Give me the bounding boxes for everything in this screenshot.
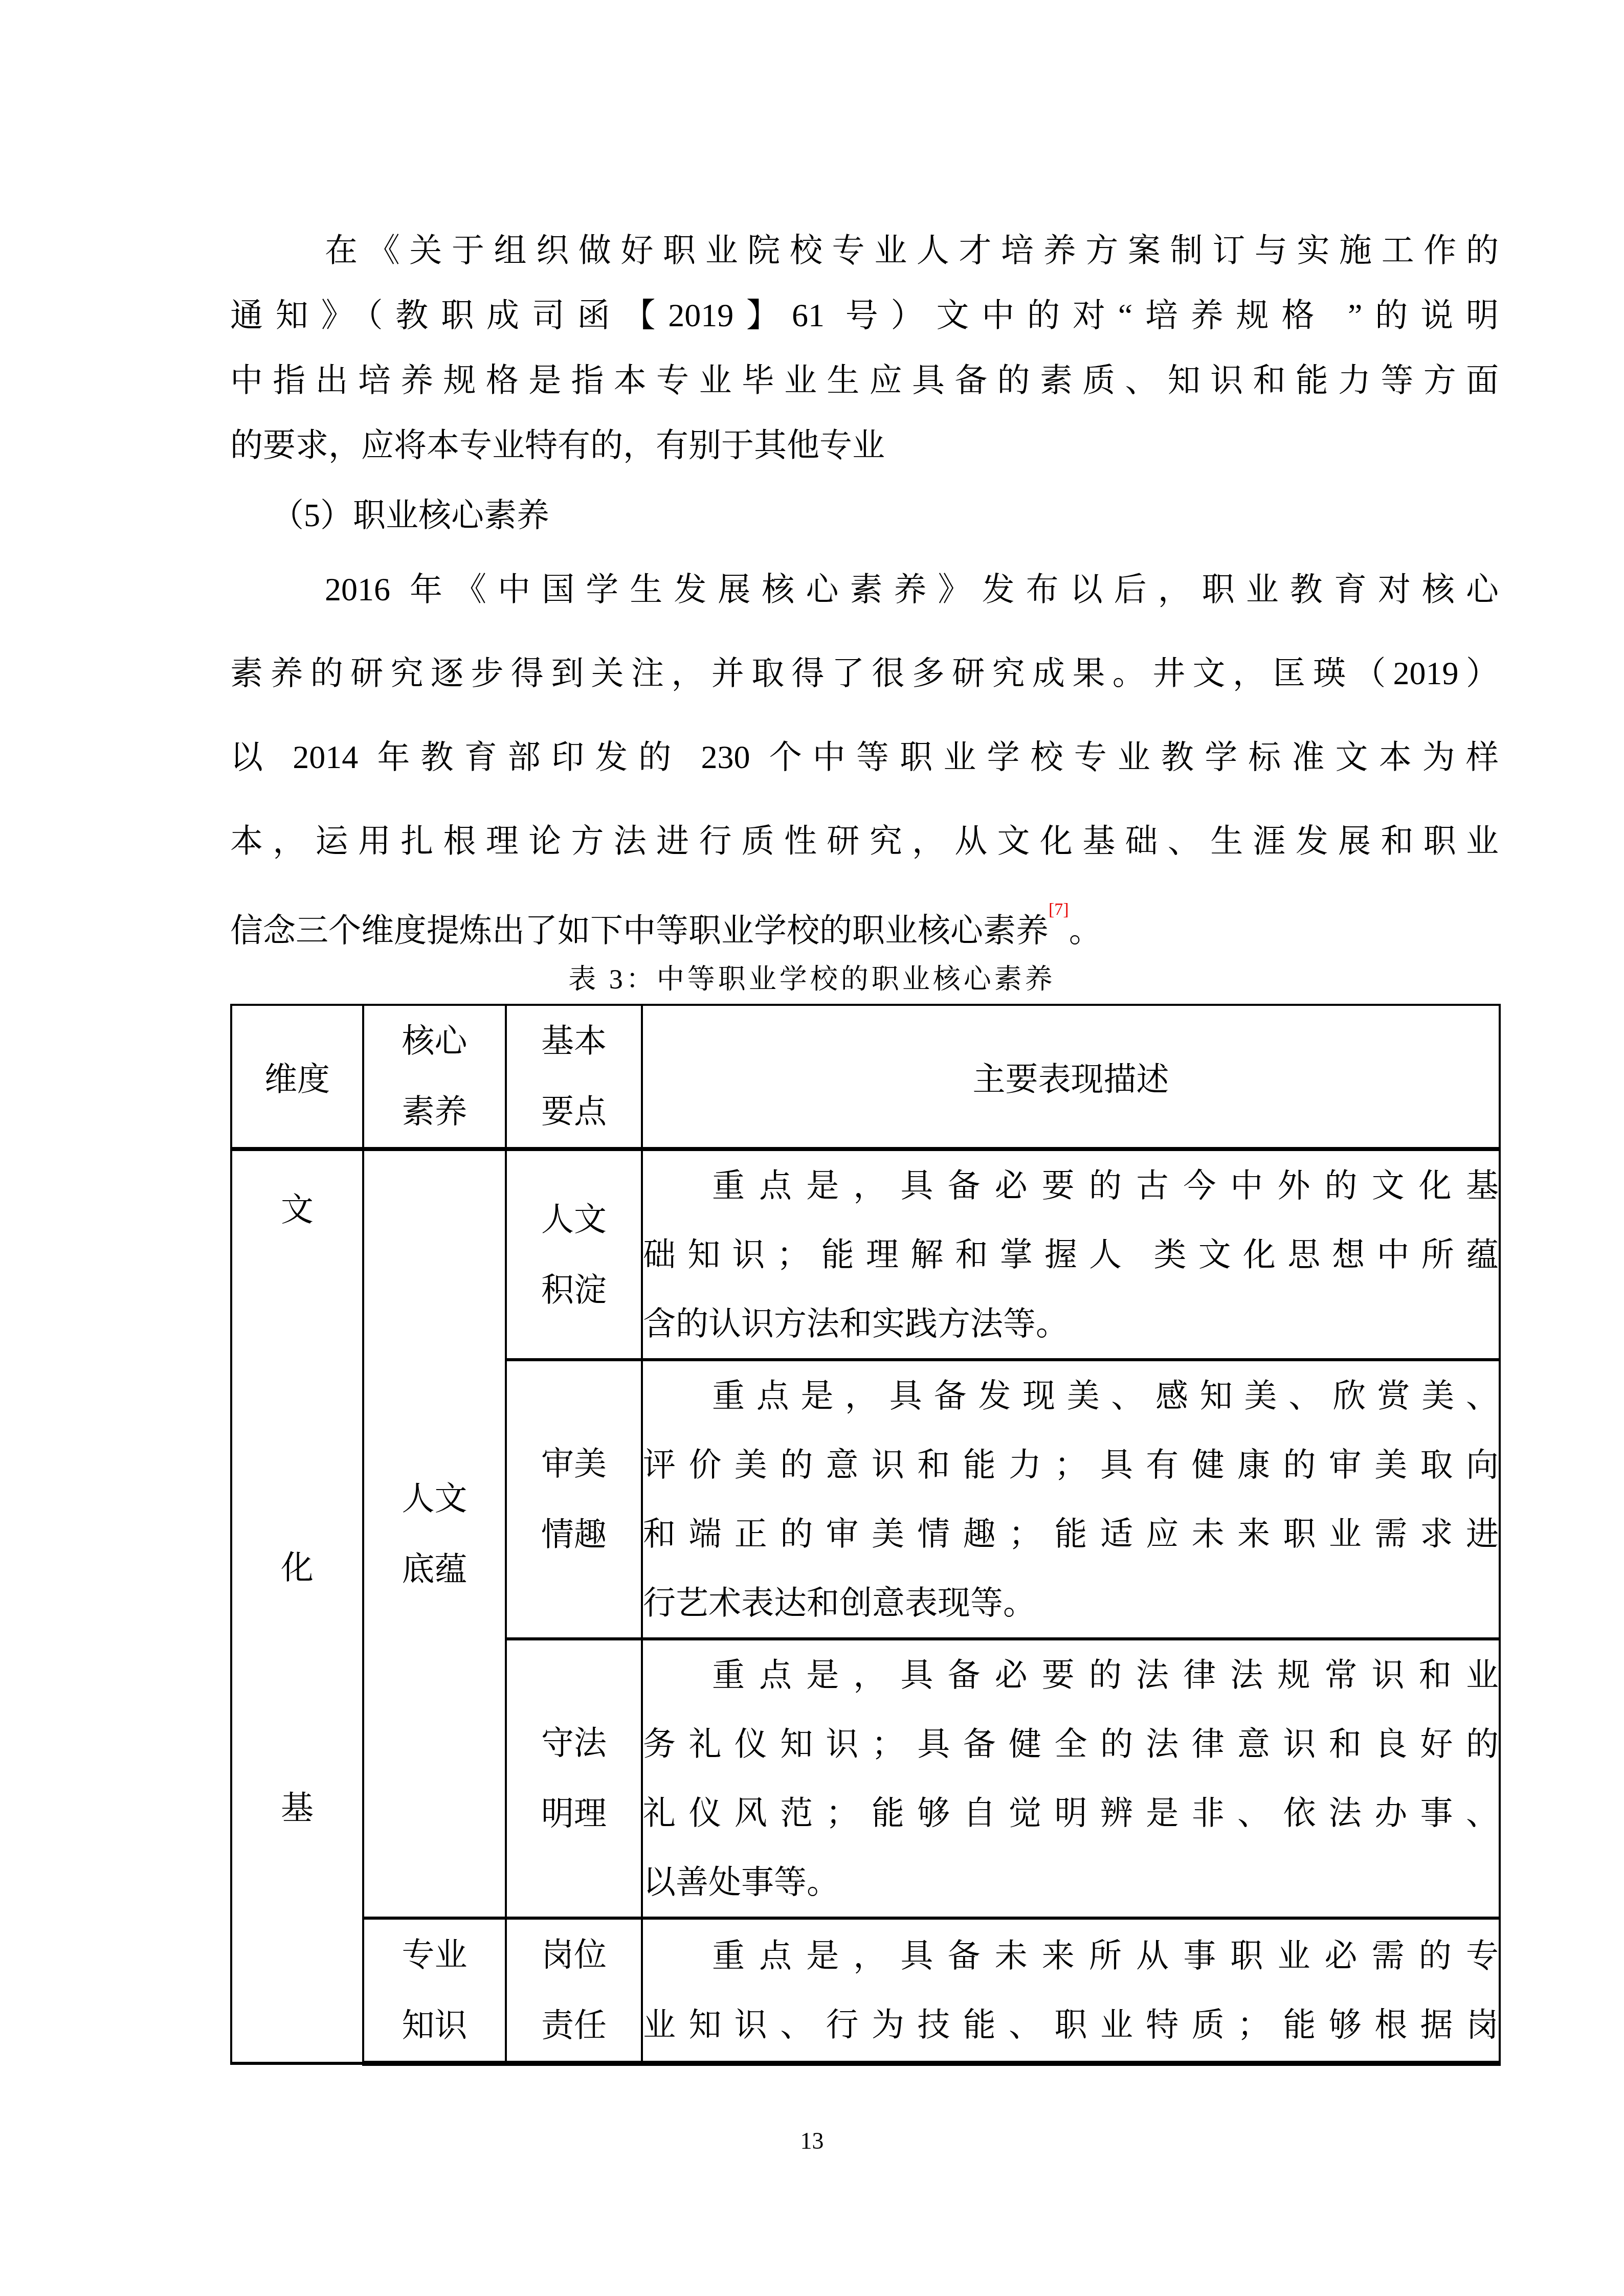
dimension-char: 文 [232, 1193, 362, 1227]
header-text: 核心 [364, 1006, 505, 1076]
paragraph-line: 通知》（教职成司函【2019】61 号）文中的对“培养规格 ”的说明 [230, 283, 1499, 348]
description-line: 重点是，具备未来所从事职业必需的专 [643, 1921, 1499, 1990]
paragraph-line: 2016 年《中国学生发展核心素养》发布以后，职业教育对核心 [230, 548, 1499, 632]
basic-point-cell: 审美 情趣 [506, 1360, 642, 1639]
basic-point-cell: 守法 明理 [506, 1639, 642, 1918]
description-cell: 重点是，具备发现美、感知美、欣赏美、 评价美的意识和能力；具有健康的审美取向 和… [642, 1360, 1500, 1639]
cell-text: 人文 [507, 1184, 641, 1255]
dimension-char: 化 [232, 1551, 362, 1585]
cell-text: 明理 [507, 1779, 641, 1849]
description-line: 重点是，具备必要的法律法规常识和业 [643, 1640, 1499, 1709]
cell-text: 守法 [507, 1708, 641, 1779]
description-line: 重点是，具备发现美、感知美、欣赏美、 [643, 1361, 1499, 1430]
description-line: 和端正的审美情趣；能适应未来职业需求进 [643, 1499, 1499, 1568]
dimension-cell: 文 化 基 [231, 1149, 363, 2063]
cell-text: 专业 [364, 1920, 505, 1990]
paragraph-line: 素养的研究逐步得到关注，并取得了很多研究成果。井文，匡瑛（2019） [230, 632, 1499, 715]
table-caption: 表 3：中等职业学校的职业核心素养 [0, 960, 1624, 998]
description-line: 业知识、行为技能、职业特质；能够根据岗 [643, 1990, 1499, 2059]
core-competency-cell: 人文 底蕴 [363, 1149, 506, 1918]
description-cell: 重点是，具备必要的古今中外的文化基 础知识；能理解和掌握人 类文化思想中所蕴 含… [642, 1149, 1500, 1360]
header-cell-core-competency: 核心 素养 [363, 1005, 506, 1149]
cell-text: 审美 [507, 1429, 641, 1499]
description-line: 礼仪风范；能够自觉明辨是非、依法办事、 [643, 1779, 1499, 1848]
cell-text: 积淀 [507, 1255, 641, 1325]
header-cell-basic-points: 基本 要点 [506, 1005, 642, 1149]
cell-text: 岗位 [507, 1920, 641, 1990]
description-line: 重点是，具备必要的古今中外的文化基 [643, 1151, 1499, 1220]
paragraph-line: 在《关于组织做好职业院校专业人才培养方案制订与实施工作的 [230, 218, 1499, 283]
document-page: 在《关于组织做好职业院校专业人才培养方案制订与实施工作的 通知》（教职成司函【2… [0, 0, 1624, 2296]
footnote-reference: [7] [1049, 900, 1069, 919]
paragraph-line: 中指出培养规格是指本专业毕业生应具备的素质、知识和能力等方面 [230, 348, 1499, 413]
paragraph-2: 2016 年《中国学生发展核心素养》发布以后，职业教育对核心 素养的研究逐步得到… [230, 548, 1499, 973]
table-row: 文 化 基 人文 底蕴 人文 积淀 重点是，具备必要的古今中外的文化基 础知识；… [231, 1149, 1500, 1360]
core-competencies-table: 维度 核心 素养 基本 要点 主要表现描述 文 化 基 人文 [230, 1004, 1501, 2066]
header-cell-dimension: 维度 [231, 1005, 363, 1149]
basic-point-cell: 人文 积淀 [506, 1149, 642, 1360]
paragraph-line: 本，运用扎根理论方法进行质性研究，从文化基础、生涯发展和职业 [230, 799, 1499, 883]
table-header-row: 维度 核心 素养 基本 要点 主要表现描述 [231, 1005, 1500, 1149]
cell-text: 责任 [507, 1990, 641, 2061]
description-cell: 重点是，具备未来所从事职业必需的专 业知识、行为技能、职业特质；能够根据岗 [642, 1918, 1500, 2063]
cell-text: 人文 [364, 1464, 505, 1534]
description-line: 含的认识方法和实践方法等。 [643, 1289, 1499, 1358]
paragraph-text: 。 [1069, 912, 1102, 949]
paragraph-line: 以 2014 年教育部印发的 230 个中等职业学校专业教学标准文本为样 [230, 715, 1499, 799]
header-text: 要点 [507, 1076, 641, 1147]
section-heading: （5）职业核心素养 [230, 483, 1499, 548]
description-line: 务礼仪知识；具备健全的法律意识和良好的 [643, 1709, 1499, 1779]
description-cell: 重点是，具备必要的法律法规常识和业 务礼仪知识；具备健全的法律意识和良好的 礼仪… [642, 1639, 1500, 1918]
header-text: 素养 [364, 1076, 505, 1147]
paragraph-text: 信念三个维度提炼出了如下中等职业学校的职业核心素养 [230, 912, 1049, 949]
cell-text: 底蕴 [364, 1534, 505, 1605]
description-line: 评价美的意识和能力；具有健康的审美取向 [643, 1430, 1499, 1499]
description-line: 础知识；能理解和掌握人 类文化思想中所蕴 [643, 1220, 1499, 1289]
header-cell-description: 主要表现描述 [642, 1005, 1500, 1149]
page-number: 13 [0, 2127, 1624, 2154]
paragraph-line: 的要求，应将本专业特有的，有别于其他专业 [230, 413, 1499, 478]
basic-point-cell: 岗位 责任 [506, 1918, 642, 2063]
description-line: 以善处事等。 [643, 1848, 1499, 1917]
table-row: 专业 知识 岗位 责任 重点是，具备未来所从事职业必需的专 业知识、行为技能、职… [231, 1918, 1500, 2063]
paragraph-1: 在《关于组织做好职业院校专业人才培养方案制订与实施工作的 通知》（教职成司函【2… [230, 218, 1499, 478]
description-line: 行艺术表达和创意表现等。 [643, 1568, 1499, 1637]
core-competency-cell: 专业 知识 [363, 1918, 506, 2063]
header-text: 基本 [507, 1006, 641, 1076]
cell-text: 知识 [364, 1990, 505, 2061]
dimension-char: 基 [232, 1791, 362, 1825]
cell-text: 情趣 [507, 1499, 641, 1570]
paragraph-line: 信念三个维度提炼出了如下中等职业学校的职业核心素养[7]。 [230, 883, 1499, 973]
